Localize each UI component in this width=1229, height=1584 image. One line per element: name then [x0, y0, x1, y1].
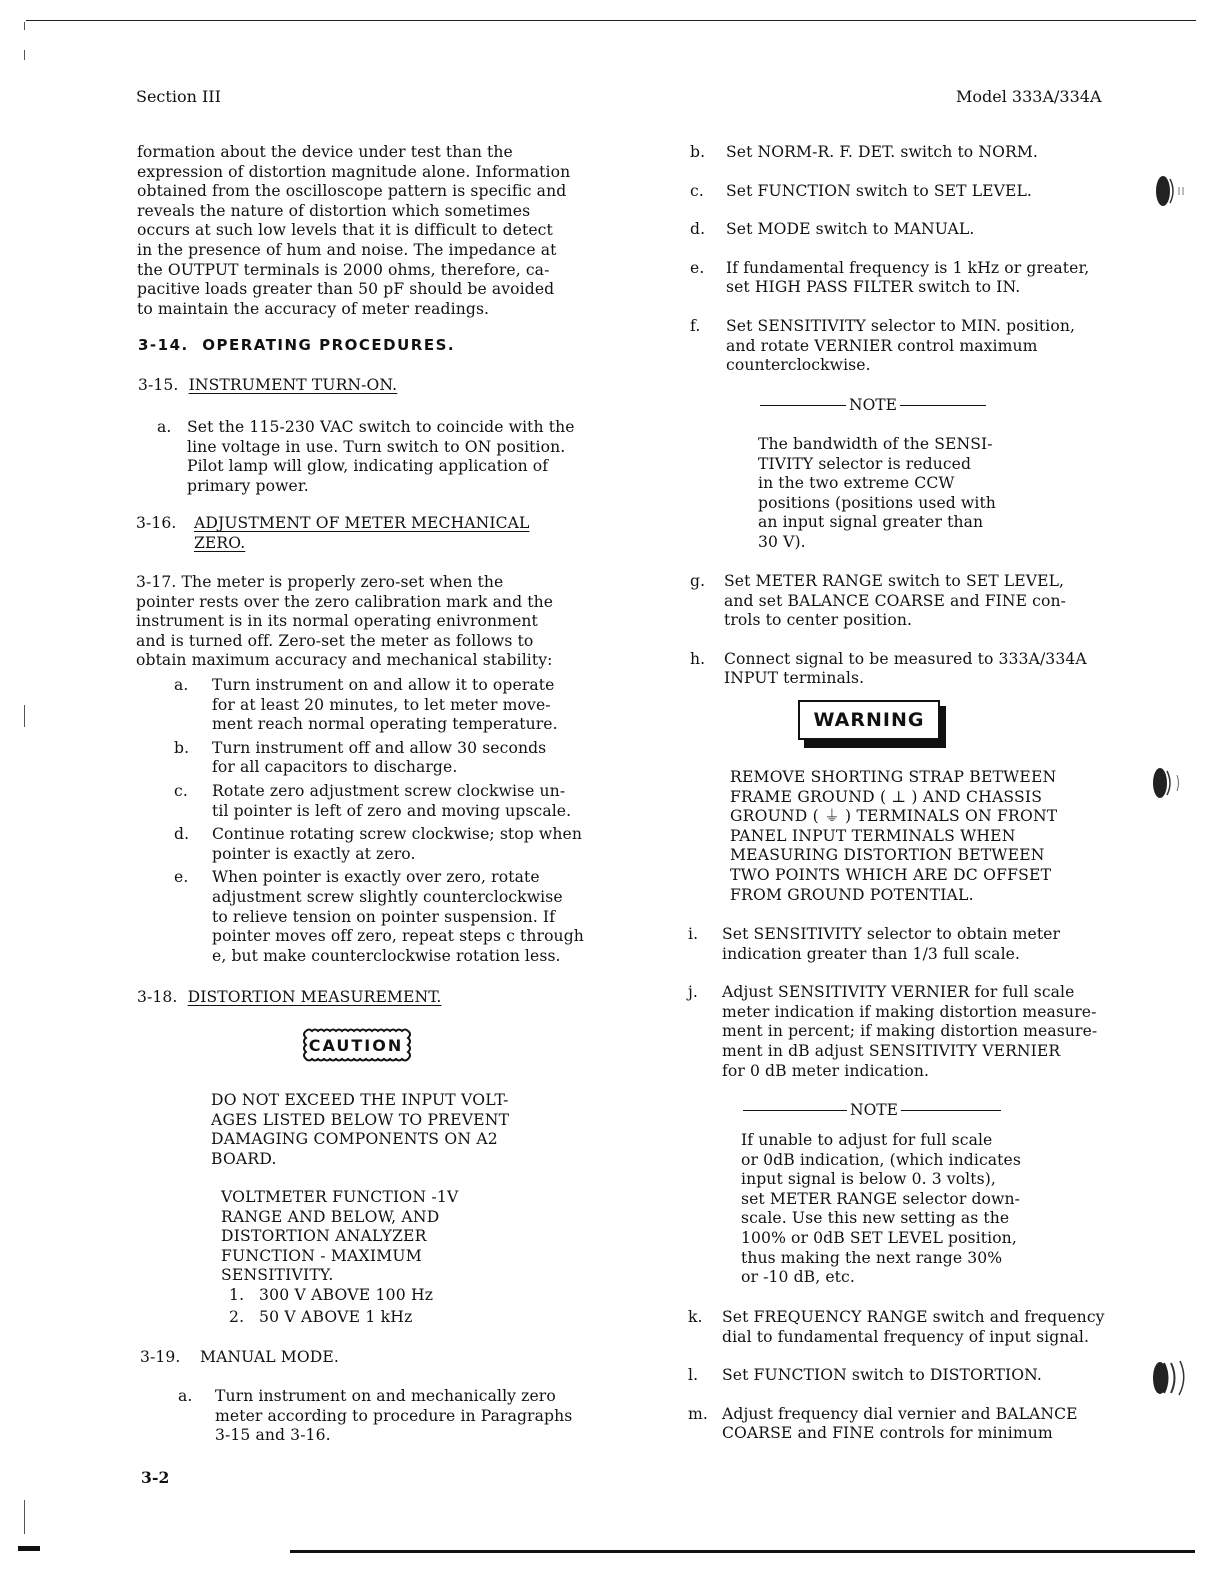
- text-line: DO NOT EXCEED THE INPUT VOLT-: [211, 1091, 509, 1111]
- step-3-19-a: a. Turn instrument on and mechanically z…: [178, 1387, 572, 1446]
- text-line: AGES LISTED BELOW TO PREVENT: [211, 1111, 509, 1131]
- text-line: primary power.: [187, 477, 575, 497]
- step-h: h. Connect signal to be measured to 333A…: [690, 650, 1130, 689]
- text-line: set HIGH PASS FILTER switch to IN.: [726, 278, 1089, 298]
- text-line: and rotate VERNIER control maximum: [726, 337, 1075, 357]
- binder-hole-icon: [1150, 765, 1190, 801]
- step-label: b.: [174, 739, 212, 778]
- section-title: ADJUSTMENT OF METER MECHANICAL: [194, 514, 529, 534]
- section-label: Section III: [136, 87, 221, 106]
- step-label: g.: [690, 572, 724, 631]
- text-line: FRAME GROUND ( ⊥ ) AND CHASSIS: [730, 788, 1057, 808]
- text-line: Pilot lamp will glow, indicating applica…: [187, 457, 575, 477]
- limit-label: 1.: [229, 1286, 259, 1306]
- step-label: j.: [688, 983, 722, 1081]
- text-line: Set FUNCTION switch to DISTORTION.: [722, 1366, 1042, 1386]
- section-number: 3-15.: [138, 376, 179, 394]
- step-label: a.: [178, 1387, 215, 1446]
- text-line: for 0 dB meter indication.: [722, 1062, 1097, 1082]
- text-line: formation about the device under test th…: [137, 143, 607, 163]
- text-line: obtained from the oscilloscope pattern i…: [137, 182, 607, 202]
- text-line: DAMAGING COMPONENTS ON A2: [211, 1130, 509, 1150]
- text-line: TIVITY selector is reduced: [758, 455, 996, 475]
- text-line: indication greater than 1/3 full scale.: [722, 945, 1060, 965]
- text-line: Set the 115-230 VAC switch to coincide w…: [187, 418, 575, 438]
- section-title: MANUAL MODE.: [200, 1348, 339, 1368]
- text-line: pointer rests over the zero calibration …: [136, 593, 606, 613]
- binder-hole-icon: [1150, 1357, 1192, 1399]
- text-line: PANEL INPUT TERMINALS WHEN: [730, 827, 1057, 847]
- text-line: scale. Use this new setting as the: [741, 1209, 1021, 1229]
- section-heading-3-15: 3-15. INSTRUMENT TURN-ON.: [138, 376, 397, 396]
- step-label: e.: [690, 259, 726, 298]
- note-label: NOTE: [846, 396, 900, 414]
- section-title: ZERO.: [194, 534, 245, 554]
- text-line: Turn instrument on and mechanically zero: [215, 1387, 572, 1407]
- divider: [901, 1110, 1001, 1111]
- text-line: 3-17. The meter is properly zero-set whe…: [136, 573, 606, 593]
- text-line: adjustment screw slightly counterclockwi…: [212, 888, 584, 908]
- binder-hole-icon: [1153, 173, 1193, 209]
- note-heading: NOTE: [760, 396, 986, 414]
- section-heading-3-16: 3-16. ADJUSTMENT OF METER MECHANICAL ZER…: [136, 514, 529, 553]
- text-line: Set METER RANGE switch to SET LEVEL,: [724, 572, 1066, 592]
- warning-text: REMOVE SHORTING STRAP BETWEEN FRAME GROU…: [730, 768, 1057, 905]
- voltage-limits: VOLTMETER FUNCTION -1V RANGE AND BELOW, …: [221, 1188, 458, 1327]
- model-label: Model 333A/334A: [956, 87, 1102, 106]
- text-line: for all capacitors to discharge.: [212, 758, 546, 778]
- section-heading-3-14: 3-14. OPERATING PROCEDURES.: [138, 336, 455, 354]
- step-l: l. Set FUNCTION switch to DISTORTION.: [688, 1366, 1138, 1386]
- text-line: counterclockwise.: [726, 356, 1075, 376]
- text-line: When pointer is exactly over zero, rotat…: [212, 868, 584, 888]
- step-3-17-c: c. Rotate zero adjustment screw clockwis…: [174, 782, 614, 821]
- step-m: m. Adjust frequency dial vernier and BAL…: [688, 1405, 1138, 1444]
- text-line: VOLTMETER FUNCTION -1V: [221, 1188, 458, 1208]
- caution-label: CAUTION: [300, 1028, 412, 1062]
- divider: [743, 1110, 847, 1111]
- text-line: set METER RANGE selector down-: [741, 1190, 1021, 1210]
- note-label: NOTE: [847, 1101, 901, 1119]
- text-line: the OUTPUT terminals is 2000 ohms, there…: [137, 261, 607, 281]
- text-line: for at least 20 minutes, to let meter mo…: [212, 696, 558, 716]
- text-line: FROM GROUND POTENTIAL.: [730, 886, 1057, 906]
- text-line: Turn instrument off and allow 30 seconds: [212, 739, 546, 759]
- top-rule: [26, 20, 1196, 21]
- text-line: til pointer is left of zero and moving u…: [212, 802, 571, 822]
- text-line: Continue rotating screw clockwise; stop …: [212, 825, 582, 845]
- text-line: obtain maximum accuracy and mechanical s…: [136, 651, 606, 671]
- text-line: TWO POINTS WHICH ARE DC OFFSET: [730, 866, 1057, 886]
- step-label: i.: [688, 925, 722, 964]
- text-line: Adjust SENSITIVITY VERNIER for full scal…: [722, 983, 1097, 1003]
- text-line: meter according to procedure in Paragrap…: [215, 1407, 572, 1427]
- text-line: Set SENSITIVITY selector to MIN. positio…: [726, 317, 1075, 337]
- step-3-15-a: a. Set the 115-230 VAC switch to coincid…: [157, 418, 575, 496]
- step-i: i. Set SENSITIVITY selector to obtain me…: [688, 925, 1138, 964]
- text-line: Set FREQUENCY RANGE switch and frequency: [722, 1308, 1105, 1328]
- scan-mark: [24, 22, 25, 30]
- text-line: 3-15 and 3-16.: [215, 1426, 572, 1446]
- section-heading-3-18: 3-18. DISTORTION MEASUREMENT.: [137, 988, 442, 1008]
- text-line: pointer is exactly at zero.: [212, 845, 582, 865]
- text-line: positions (positions used with: [758, 494, 996, 514]
- text-line: thus making the next range 30%: [741, 1249, 1021, 1269]
- step-f: f. Set SENSITIVITY selector to MIN. posi…: [690, 317, 1130, 376]
- text-line: ment reach normal operating temperature.: [212, 715, 558, 735]
- warning-badge: WARNING: [798, 700, 948, 748]
- section-number: 3-14.: [138, 336, 189, 354]
- text-line: GROUND ( ⏚ ) TERMINALS ON FRONT: [730, 807, 1057, 827]
- step-label: l.: [688, 1366, 722, 1386]
- steps-k-to-m: k. Set FREQUENCY RANGE switch and freque…: [688, 1308, 1138, 1444]
- section-heading-3-19: 3-19. MANUAL MODE.: [140, 1348, 339, 1368]
- text-line: reveals the nature of distortion which s…: [137, 202, 607, 222]
- text-line: or 0dB indication, (which indicates: [741, 1151, 1021, 1171]
- text-line: Connect signal to be measured to 333A/33…: [724, 650, 1087, 670]
- caution-badge: CAUTION: [300, 1028, 412, 1062]
- text-line: or -10 dB, etc.: [741, 1268, 1021, 1288]
- note-body: If unable to adjust for full scale or 0d…: [741, 1131, 1021, 1288]
- note-heading: NOTE: [743, 1101, 1001, 1119]
- limit-item: 1. 300 V ABOVE 100 Hz: [221, 1286, 458, 1306]
- text-line: If unable to adjust for full scale: [741, 1131, 1021, 1151]
- divider: [900, 405, 986, 406]
- step-e: e. If fundamental frequency is 1 kHz or …: [690, 259, 1130, 298]
- steps-b-to-f: b. Set NORM-R. F. DET. switch to NORM. c…: [690, 143, 1130, 376]
- scan-mark: [24, 705, 25, 727]
- text-line: and set BALANCE COARSE and FINE con-: [724, 592, 1066, 612]
- section-number: 3-19.: [140, 1348, 200, 1368]
- step-j: j. Adjust SENSITIVITY VERNIER for full s…: [688, 983, 1138, 1081]
- text-line: If fundamental frequency is 1 kHz or gre…: [726, 259, 1089, 279]
- text-line: ment in dB adjust SENSITIVITY VERNIER: [722, 1042, 1097, 1062]
- note-body: The bandwidth of the SENSI- TIVITY selec…: [758, 435, 996, 553]
- text-line: MEASURING DISTORTION BETWEEN: [730, 846, 1057, 866]
- limit-text: 300 V ABOVE 100 Hz: [259, 1286, 433, 1306]
- step-label: d.: [690, 220, 726, 240]
- bottom-rule: [290, 1550, 1195, 1553]
- limit-text: 50 V ABOVE 1 kHz: [259, 1308, 412, 1328]
- step-3-17-e: e. When pointer is exactly over zero, ro…: [174, 868, 614, 966]
- divider: [760, 405, 846, 406]
- text-line: line voltage in use. Turn switch to ON p…: [187, 438, 575, 458]
- scan-mark: [18, 1546, 40, 1551]
- step-k: k. Set FREQUENCY RANGE switch and freque…: [688, 1308, 1138, 1347]
- section-title: INSTRUMENT TURN-ON.: [189, 376, 398, 394]
- text-line: in the two extreme CCW: [758, 474, 996, 494]
- text-line: Set SENSITIVITY selector to obtain meter: [722, 925, 1060, 945]
- step-label: d.: [174, 825, 212, 864]
- warning-label: WARNING: [798, 700, 940, 740]
- scan-mark: [24, 50, 25, 60]
- step-c: c. Set FUNCTION switch to SET LEVEL.: [690, 182, 1130, 202]
- text-line: input signal is below 0. 3 volts),: [741, 1170, 1021, 1190]
- step-label: m.: [688, 1405, 722, 1444]
- step-label: h.: [690, 650, 724, 689]
- step-label: a.: [174, 676, 212, 735]
- text-line: DISTORTION ANALYZER: [221, 1227, 458, 1247]
- step-label: f.: [690, 317, 726, 376]
- step-label: c.: [174, 782, 212, 821]
- text-line: expression of distortion magnitude alone…: [137, 163, 607, 183]
- steps-g-h: g. Set METER RANGE switch to SET LEVEL, …: [690, 572, 1130, 689]
- text-line: RANGE AND BELOW, AND: [221, 1208, 458, 1228]
- limit-label: 2.: [229, 1308, 259, 1328]
- text-line: meter indication if making distortion me…: [722, 1003, 1097, 1023]
- text-line: Rotate zero adjustment screw clockwise u…: [212, 782, 571, 802]
- text-line: BOARD.: [211, 1150, 509, 1170]
- text-line: ment in percent; if making distortion me…: [722, 1022, 1097, 1042]
- text-line: instrument is in its normal operating en…: [136, 612, 606, 632]
- step-label: a.: [157, 418, 187, 496]
- step-3-17-b: b. Turn instrument off and allow 30 seco…: [174, 739, 614, 778]
- step-b: b. Set NORM-R. F. DET. switch to NORM.: [690, 143, 1130, 163]
- step-g: g. Set METER RANGE switch to SET LEVEL, …: [690, 572, 1130, 631]
- page-number: 3-2: [141, 1468, 169, 1488]
- text-line: INPUT terminals.: [724, 669, 1087, 689]
- step-d: d. Set MODE switch to MANUAL.: [690, 220, 1130, 240]
- step-label: b.: [690, 143, 726, 163]
- text-line: pacitive loads greater than 50 pF should…: [137, 280, 607, 300]
- text-line: an input signal greater than: [758, 513, 996, 533]
- text-line: SENSITIVITY.: [221, 1266, 458, 1286]
- text-line: e, but make counterclockwise rotation le…: [212, 947, 584, 967]
- text-line: Turn instrument on and allow it to opera…: [212, 676, 558, 696]
- caution-text: DO NOT EXCEED THE INPUT VOLT- AGES LISTE…: [211, 1091, 509, 1169]
- text-line: COARSE and FINE controls for minimum: [722, 1424, 1078, 1444]
- text-line: Set NORM-R. F. DET. switch to NORM.: [726, 143, 1038, 163]
- text-line: to relieve tension on pointer suspension…: [212, 908, 584, 928]
- step-3-17-a: a. Turn instrument on and allow it to op…: [174, 676, 614, 735]
- text-line: pointer moves off zero, repeat steps c t…: [212, 927, 584, 947]
- text-line: REMOVE SHORTING STRAP BETWEEN: [730, 768, 1057, 788]
- step-label: c.: [690, 182, 726, 202]
- text-line: trols to center position.: [724, 611, 1066, 631]
- text-line: FUNCTION - MAXIMUM: [221, 1247, 458, 1267]
- section-title: DISTORTION MEASUREMENT.: [188, 988, 442, 1006]
- text-line: Set FUNCTION switch to SET LEVEL.: [726, 182, 1032, 202]
- text-line: Adjust frequency dial vernier and BALANC…: [722, 1405, 1078, 1425]
- intro-paragraph: formation about the device under test th…: [137, 143, 607, 319]
- zero-set-steps: a. Turn instrument on and allow it to op…: [174, 676, 614, 966]
- text-line: The bandwidth of the SENSI-: [758, 435, 996, 455]
- text-line: 30 V).: [758, 533, 996, 553]
- text-line: in the presence of hum and noise. The im…: [137, 241, 607, 261]
- section-number: 3-18.: [137, 988, 178, 1006]
- limit-item: 2. 50 V ABOVE 1 kHz: [221, 1308, 458, 1328]
- paragraph-3-17: 3-17. The meter is properly zero-set whe…: [136, 573, 606, 671]
- text-line: occurs at such low levels that it is dif…: [137, 221, 607, 241]
- section-title: OPERATING PROCEDURES.: [202, 336, 455, 354]
- step-3-17-d: d. Continue rotating screw clockwise; st…: [174, 825, 614, 864]
- text-line: dial to fundamental frequency of input s…: [722, 1328, 1105, 1348]
- text-line: 100% or 0dB SET LEVEL position,: [741, 1229, 1021, 1249]
- scan-mark: [24, 1500, 25, 1534]
- text-line: Set MODE switch to MANUAL.: [726, 220, 974, 240]
- step-label: e.: [174, 868, 212, 966]
- steps-i-j: i. Set SENSITIVITY selector to obtain me…: [688, 925, 1138, 1081]
- step-label: k.: [688, 1308, 722, 1347]
- section-number: 3-16.: [136, 514, 194, 534]
- text-line: to maintain the accuracy of meter readin…: [137, 300, 607, 320]
- text-line: and is turned off. Zero-set the meter as…: [136, 632, 606, 652]
